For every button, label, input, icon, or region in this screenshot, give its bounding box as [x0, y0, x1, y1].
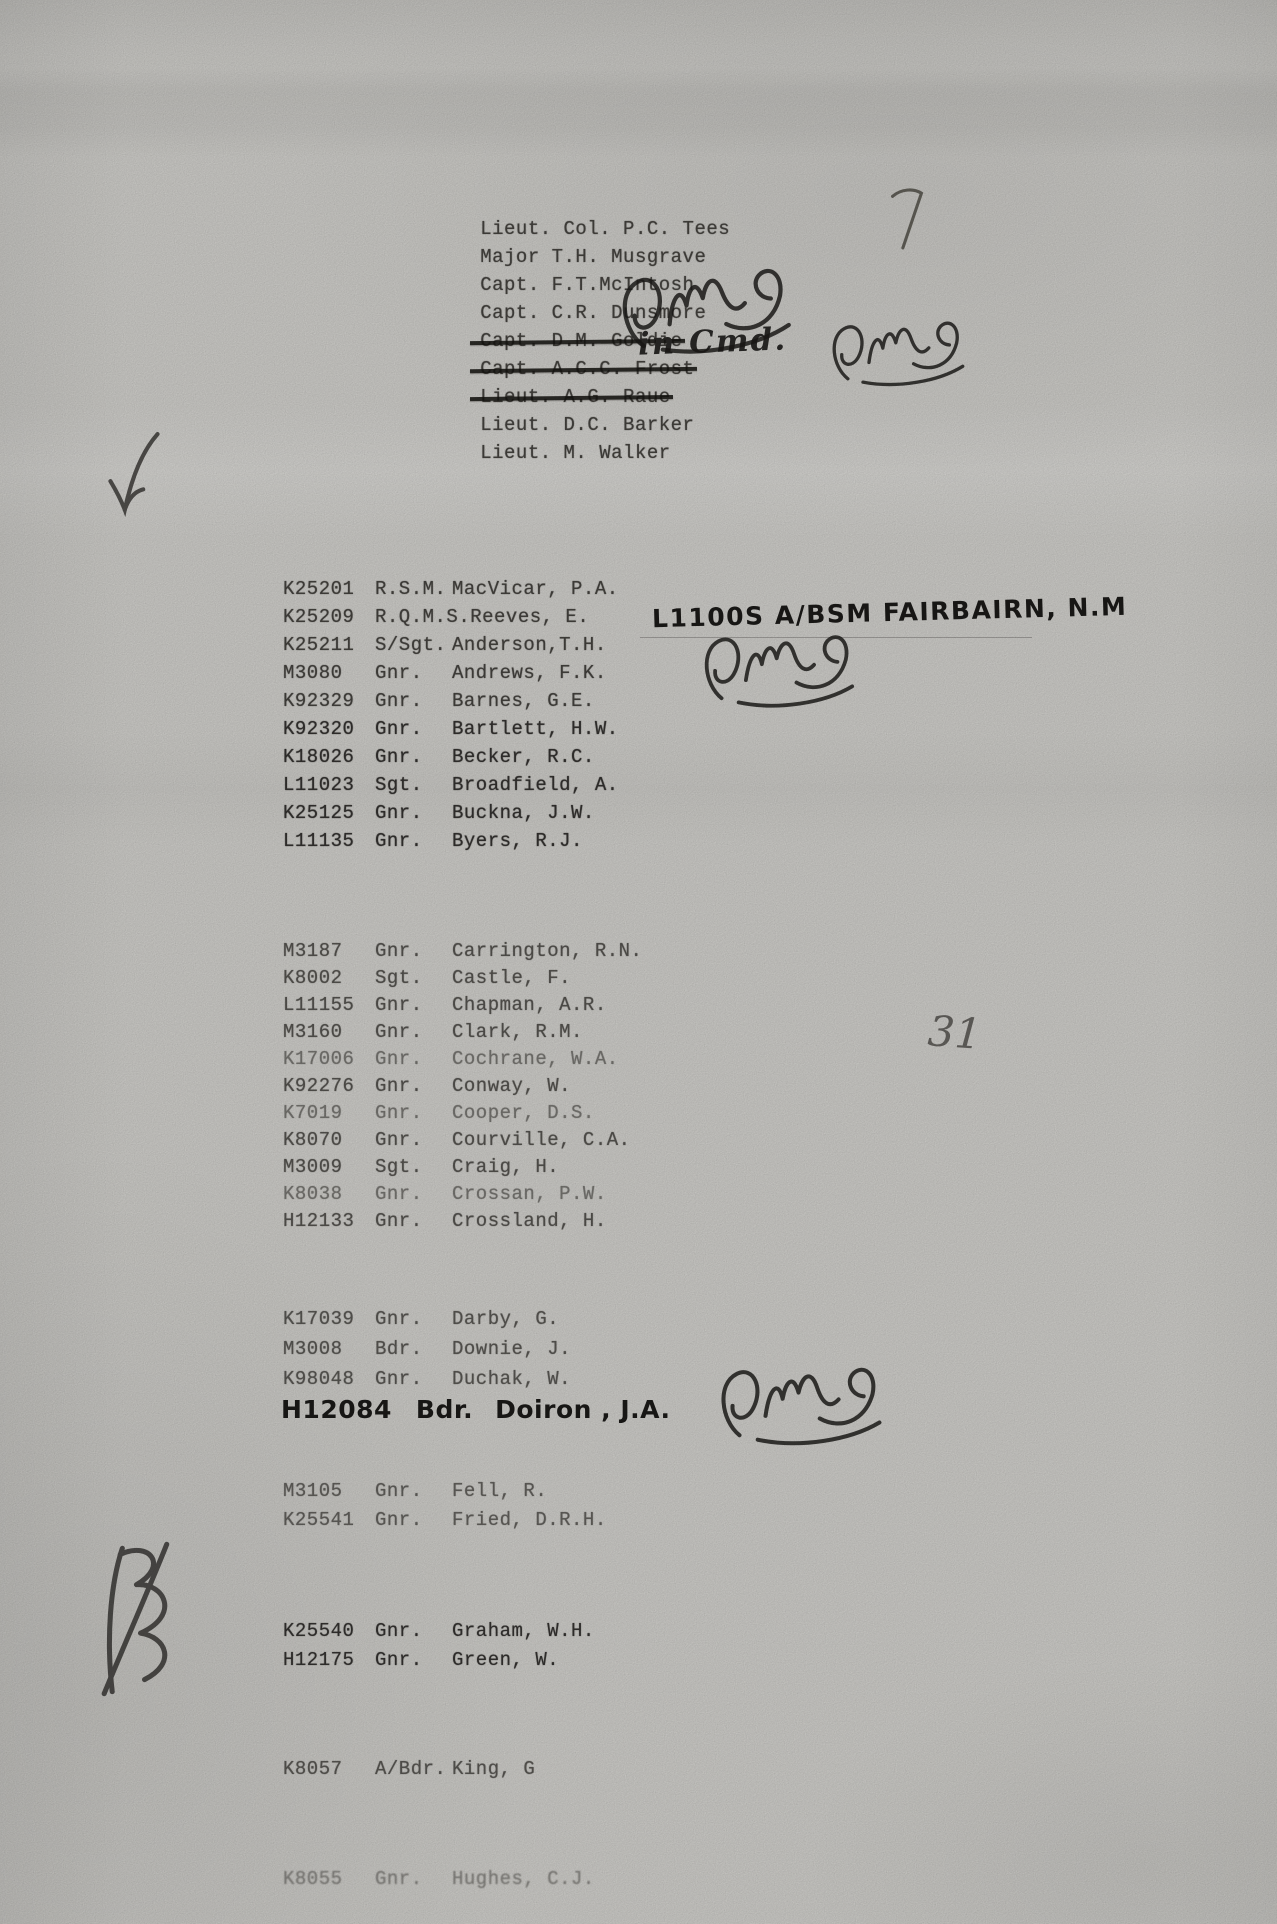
rank: Gnr.: [375, 662, 452, 690]
service-number: K25211: [283, 634, 375, 662]
surname-initials: Fried, D.R.H.: [452, 1509, 607, 1538]
rank: Gnr.: [375, 1368, 452, 1398]
service-number: M3080: [283, 662, 375, 690]
service-number: K17006: [283, 1048, 375, 1075]
roster-row: M3187 Gnr. Carrington, R.N.: [283, 940, 642, 967]
pencil-checkmark-icon: [104, 430, 166, 518]
service-number: K8038: [283, 1183, 375, 1210]
rank: Gnr.: [375, 1210, 452, 1237]
surname-initials: Bartlett, H.W.: [452, 718, 619, 746]
service-number: K25125: [283, 802, 375, 830]
service-number: M3008: [283, 1338, 375, 1368]
rank: Gnr.: [375, 1620, 452, 1649]
service-number: M3009: [283, 1156, 375, 1183]
surname-initials: Broadfield, A.: [452, 774, 619, 802]
rank: Gnr.: [375, 1868, 452, 1896]
rank: Sgt.: [375, 774, 452, 802]
rank: Gnr.: [375, 1048, 452, 1075]
roster-row: K7019 Gnr. Cooper, D.S.: [283, 1102, 642, 1129]
surname-initials: Reeves, E.: [470, 606, 589, 634]
surname-initials: King, G: [452, 1758, 535, 1786]
roster-row: K8070 Gnr. Courville, C.A.: [283, 1129, 642, 1156]
officer-name: Lieut. D.C. Barker: [480, 414, 694, 436]
surname-initials: Anderson,T.H.: [452, 634, 607, 662]
roster-row: K8038 Gnr. Crossan, P.W.: [283, 1183, 642, 1210]
roster-row: H12175 Gnr. Green, W.: [283, 1649, 595, 1678]
surname-initials: Green, W.: [452, 1649, 559, 1678]
rank: Gnr.: [375, 1480, 452, 1509]
pencil-number-annotation: 31: [926, 1006, 983, 1059]
surname-initials: Andrews, F.K.: [452, 662, 607, 690]
handwritten-doiron-addition: H12084Bdr.Doiron , J.A.: [281, 1395, 670, 1424]
service-number: K92329: [283, 690, 375, 718]
roster-block-c: M3187 Gnr. Carrington, R.N. K8002 Sgt. C…: [283, 940, 642, 1237]
roster-row: K8055 Gnr. Hughes, C.J.: [283, 1868, 595, 1896]
roster-row: K25125 Gnr. Buckna, J.W.: [283, 802, 619, 830]
rank: R.Q.M.S.: [375, 606, 470, 634]
service-number: L11135: [283, 830, 375, 858]
surname-initials: Conway, W.: [452, 1075, 571, 1102]
rank: Sgt.: [375, 967, 452, 994]
roster-row: K92329 Gnr. Barnes, G.E.: [283, 690, 619, 718]
rank: A/Bdr.: [375, 1758, 452, 1786]
service-number: K25540: [283, 1620, 375, 1649]
surname-initials: Cochrane, W.A.: [452, 1048, 619, 1075]
surname-initials: Barnes, G.E.: [452, 690, 595, 718]
roster-row: L11023 Sgt. Broadfield, A.: [283, 774, 619, 802]
surname-initials: Castle, F.: [452, 967, 571, 994]
roster-row: M3008 Bdr. Downie, J.: [283, 1338, 571, 1368]
officer-line: Lieut. Col. P.C. Tees: [385, 196, 730, 224]
surname-initials: Graham, W.H.: [452, 1620, 595, 1649]
rank: Gnr.: [375, 1102, 452, 1129]
rank: Gnr.: [375, 994, 452, 1021]
roster-row: L11135 Gnr. Byers, R.J.: [283, 830, 619, 858]
rank: Gnr.: [375, 1649, 452, 1678]
service-number: K8055: [283, 1868, 375, 1896]
surname-initials: Carrington, R.N.: [452, 940, 642, 967]
surname-initials: Fell, R.: [452, 1480, 547, 1509]
service-number: K8070: [283, 1129, 375, 1156]
service-number: M3187: [283, 940, 375, 967]
service-number: M3105: [283, 1480, 375, 1509]
roster-row: K8002 Sgt. Castle, F.: [283, 967, 642, 994]
pencil-scrawl-icon: [88, 1538, 194, 1702]
roster-row: K17039 Gnr. Darby, G.: [283, 1308, 571, 1338]
surname-initials: Crossan, P.W.: [452, 1183, 607, 1210]
roster-row: K92320 Gnr. Bartlett, H.W.: [283, 718, 619, 746]
roster-row: L11155 Gnr. Chapman, A.R.: [283, 994, 642, 1021]
surname-initials: Doiron , J.A.: [495, 1395, 670, 1424]
roster-row: K25540 Gnr. Graham, W.H.: [283, 1620, 595, 1649]
roster-row: K98048 Gnr. Duchak, W.: [283, 1368, 571, 1398]
service-number: H12133: [283, 1210, 375, 1237]
surname-initials: Cooper, D.S.: [452, 1102, 595, 1129]
surname-initials: MacVicar, P.A.: [452, 578, 619, 606]
signature-scrawl-icon: [690, 1354, 912, 1455]
service-number: M3160: [283, 1021, 375, 1048]
service-number: K92320: [283, 718, 375, 746]
surname-initials: Duchak, W.: [452, 1368, 571, 1398]
service-number: K18026: [283, 746, 375, 774]
roster-row: K25209 R.Q.M.S. Reeves, E.: [283, 606, 619, 634]
roster-row: K17006 Gnr. Cochrane, W.A.: [283, 1048, 642, 1075]
rank: Gnr.: [375, 940, 452, 967]
pencil-stroke-icon: [888, 186, 926, 252]
roster-row: K18026 Gnr. Becker, R.C.: [283, 746, 619, 774]
rank: Gnr.: [375, 746, 452, 774]
roster-block-h: K8055 Gnr. Hughes, C.J.: [283, 1868, 595, 1896]
roster-row: K25541 Gnr. Fried, D.R.H.: [283, 1509, 607, 1538]
service-number: K25201: [283, 578, 375, 606]
surname-initials: Crossland, H.: [452, 1210, 607, 1237]
officer-name: Lieut. Col. P.C. Tees: [480, 218, 730, 240]
roster-block-k: K8057 A/Bdr. King, G: [283, 1758, 535, 1786]
rank: Bdr.: [375, 1338, 452, 1368]
rank: Gnr.: [375, 1021, 452, 1048]
roster-row: K25201 R.S.M. MacVicar, P.A.: [283, 578, 619, 606]
roster-block-f: M3105 Gnr. Fell, R. K25541 Gnr. Fried, D…: [283, 1480, 607, 1538]
service-number: K17039: [283, 1308, 375, 1338]
service-number: K92276: [283, 1075, 375, 1102]
rank: Gnr.: [375, 1183, 452, 1210]
roster-row: K25211 S/Sgt. Anderson,T.H.: [283, 634, 619, 662]
rank: Bdr.: [416, 1395, 473, 1424]
rank: Gnr.: [375, 690, 452, 718]
surname-initials: Buckna, J.W.: [452, 802, 595, 830]
surname-initials: Darby, G.: [452, 1308, 559, 1338]
signature-scrawl-icon: [820, 311, 977, 395]
surname-initials: Courville, C.A.: [452, 1129, 631, 1156]
rank: S/Sgt.: [375, 634, 452, 662]
rank: Gnr.: [375, 718, 452, 746]
signature-scrawl-icon: [686, 623, 872, 716]
officer-name: Lieut. M. Walker: [480, 442, 670, 464]
surname-initials: Downie, J.: [452, 1338, 571, 1368]
roster-row: M3105 Gnr. Fell, R.: [283, 1480, 607, 1509]
service-number: K25541: [283, 1509, 375, 1538]
service-number: K8002: [283, 967, 375, 994]
surname-initials: Becker, R.C.: [452, 746, 595, 774]
officer-name: Lieut. A.G. Raue: [480, 386, 670, 408]
surname-initials: Chapman, A.R.: [452, 994, 607, 1021]
roster-row: K92276 Gnr. Conway, W.: [283, 1075, 642, 1102]
service-number: H12175: [283, 1649, 375, 1678]
rank: R.S.M.: [375, 578, 452, 606]
rank: Gnr.: [375, 1509, 452, 1538]
roster-block-a: K25201 R.S.M. MacVicar, P.A. K25209 R.Q.…: [283, 578, 619, 858]
service-number: K8057: [283, 1758, 375, 1786]
surname-initials: Clark, R.M.: [452, 1021, 583, 1048]
service-number: K7019: [283, 1102, 375, 1129]
roster-row: H12133 Gnr. Crossland, H.: [283, 1210, 642, 1237]
signature-scrawl-icon: [607, 250, 805, 371]
rank: Sgt.: [375, 1156, 452, 1183]
roster-block-d: K17039 Gnr. Darby, G. M3008 Bdr. Downie,…: [283, 1308, 571, 1398]
rank: Gnr.: [375, 1129, 452, 1156]
roster-row: K8057 A/Bdr. King, G: [283, 1758, 535, 1786]
rank: Gnr.: [375, 802, 452, 830]
surname-initials: Hughes, C.J.: [452, 1868, 595, 1896]
rank: Gnr.: [375, 1308, 452, 1338]
roster-block-g: K25540 Gnr. Graham, W.H. H12175 Gnr. Gre…: [283, 1620, 595, 1678]
service-number: L11155: [283, 994, 375, 1021]
surname-initials: Byers, R.J.: [452, 830, 583, 858]
service-number: H12084: [281, 1395, 392, 1424]
service-number: L11023: [283, 774, 375, 802]
rank: Gnr.: [375, 830, 452, 858]
service-number: K98048: [283, 1368, 375, 1398]
scanned-document-page: Lieut. Col. P.C. Tees Major T.H. Musgrav…: [0, 0, 1277, 1924]
roster-row: M3080 Gnr. Andrews, F.K.: [283, 662, 619, 690]
service-number: K25209: [283, 606, 375, 634]
surname-initials: Craig, H.: [452, 1156, 559, 1183]
roster-row: M3009 Sgt. Craig, H.: [283, 1156, 642, 1183]
rank: Gnr.: [375, 1075, 452, 1102]
roster-row: M3160 Gnr. Clark, R.M.: [283, 1021, 642, 1048]
handwritten-fairbairn-addition: L1100S A/BSM FAIRBAIRN, N.M: [652, 592, 1128, 633]
